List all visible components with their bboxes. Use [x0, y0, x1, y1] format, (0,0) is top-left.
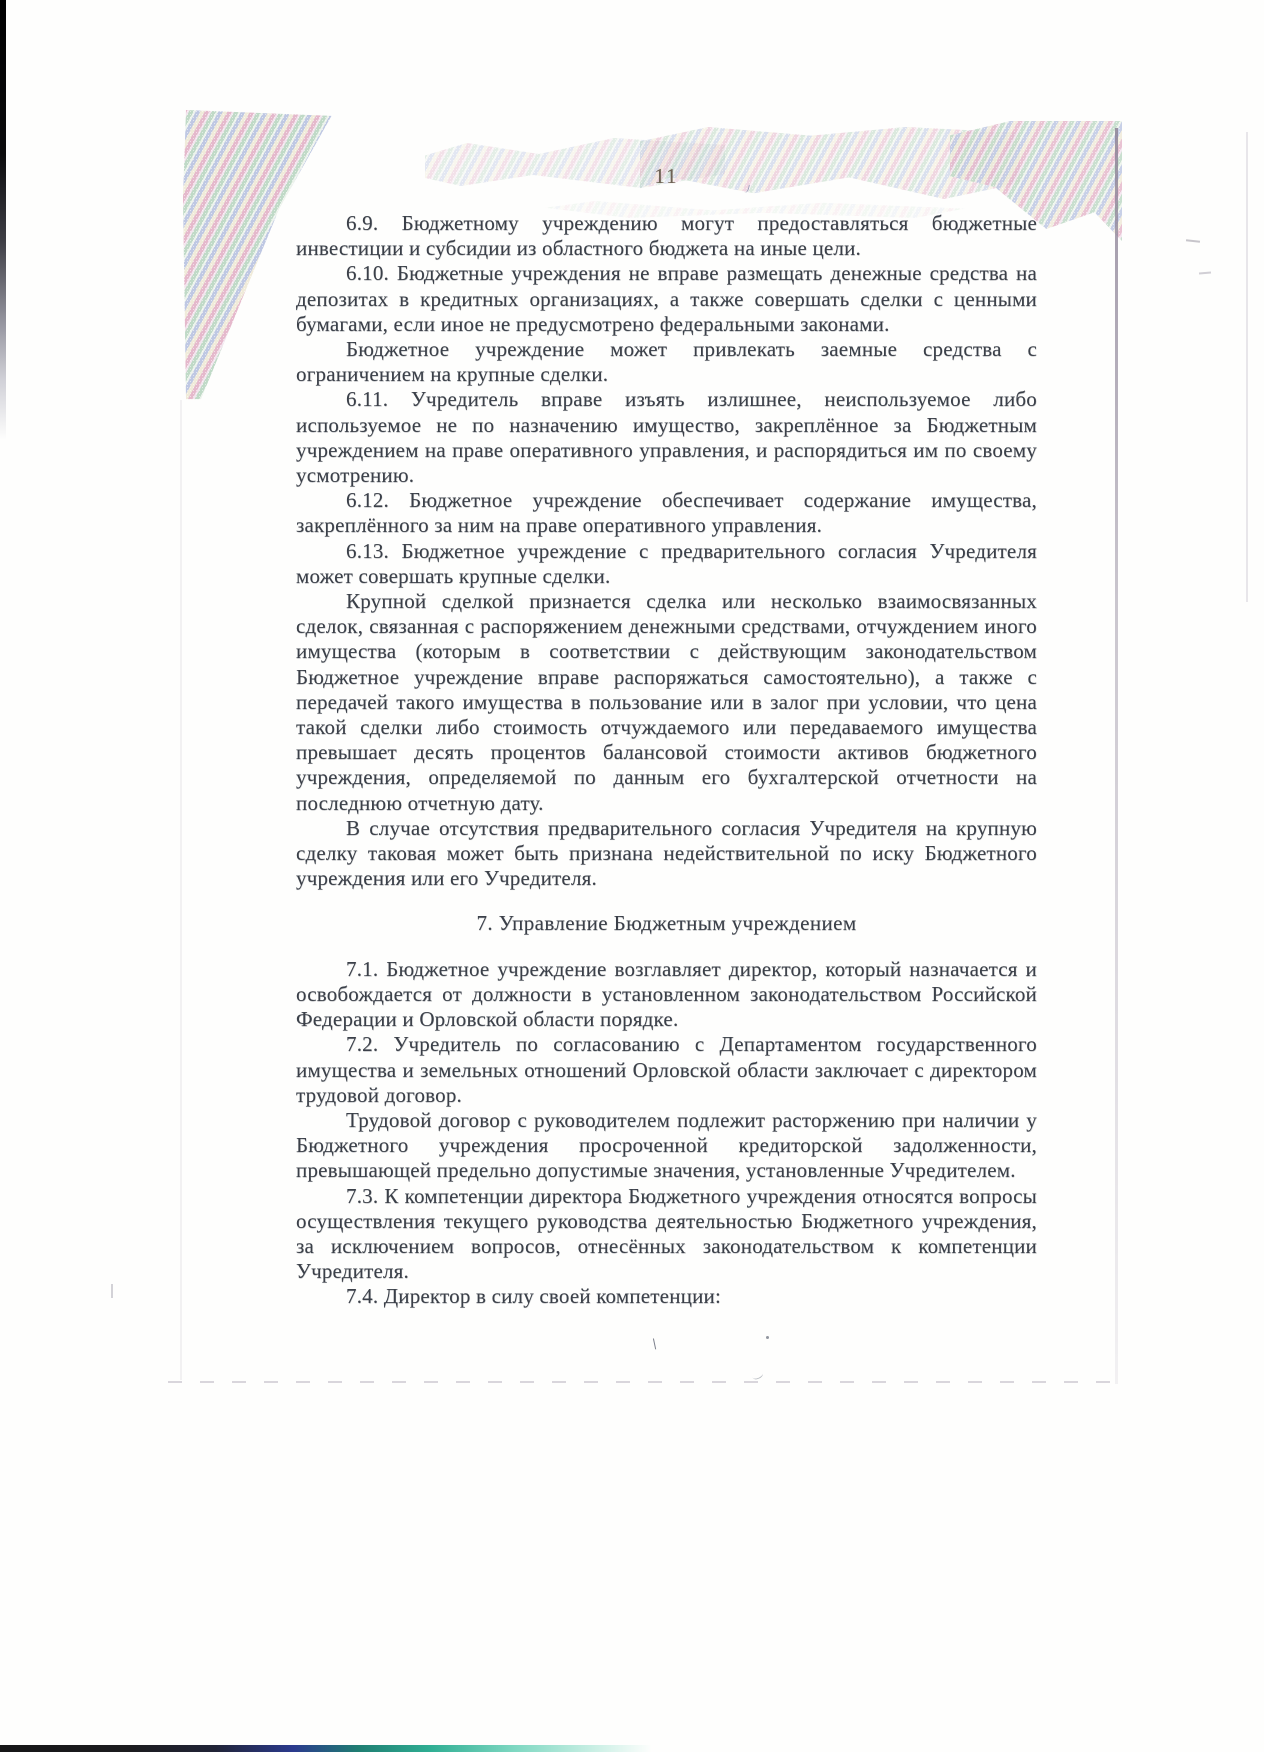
ink-speck-right-margin-2	[1199, 271, 1211, 274]
clause-6-12: 6.12. Бюджетное учреждение обеспечивает …	[296, 488, 1037, 538]
page-number: 11	[296, 164, 1037, 189]
clause-6-10-continued: Бюджетное учреждение может привлекать за…	[296, 337, 1037, 387]
clause-6-13: 6.13. Бюджетное учреждение с предварител…	[296, 539, 1037, 589]
clause-6-9: 6.9. Бюджетному учреждению могут предост…	[296, 211, 1037, 261]
section-heading: 7. Управление Бюджетным учреждением	[296, 911, 1037, 936]
clause-7-4: 7.4. Директор в силу своей компетенции:	[296, 1284, 1037, 1309]
fold-line-right-margin	[1246, 132, 1248, 602]
clause-6-13-invalidity: В случае отсутствия предварительного сог…	[296, 816, 1037, 892]
scanner-edge-artifact-left	[0, 0, 6, 440]
page-edge-right	[1115, 128, 1118, 1384]
clause-7-2-labor-contract: Трудовой договор с руководителем подлежи…	[296, 1108, 1037, 1184]
clause-6-13-large-deal-definition: Крупной сделкой признается сделка или не…	[296, 589, 1037, 816]
ink-speck-below-text-3	[751, 1370, 764, 1381]
clause-6-11: 6.11. Учредитель вправе изъять излишнее,…	[296, 387, 1037, 488]
ink-speck-below-text-1	[653, 1338, 660, 1350]
ink-speck-below-text-2	[766, 1336, 769, 1339]
ink-speck-right-margin-1	[1186, 239, 1200, 242]
clause-7-2: 7.2. Учредитель по согласованию с Департ…	[296, 1032, 1037, 1108]
page-edge-bottom	[168, 1381, 1118, 1383]
page-edge-left	[180, 400, 182, 1380]
clause-7-3: 7.3. К компетенции директора Бюджетного …	[296, 1184, 1037, 1285]
ink-speck-left-margin	[111, 1284, 113, 1298]
document-body: 6.9. Бюджетному учреждению могут предост…	[296, 211, 1037, 1310]
clause-7-1: 7.1. Бюджетное учреждение возглавляет ди…	[296, 957, 1037, 1033]
scanner-edge-artifact-bottom	[0, 1745, 652, 1752]
scanned-document-page: 11 6.9. Бюджетному учреждению могут пред…	[0, 0, 1264, 1752]
clause-6-10: 6.10. Бюджетные учреждения не вправе раз…	[296, 261, 1037, 337]
